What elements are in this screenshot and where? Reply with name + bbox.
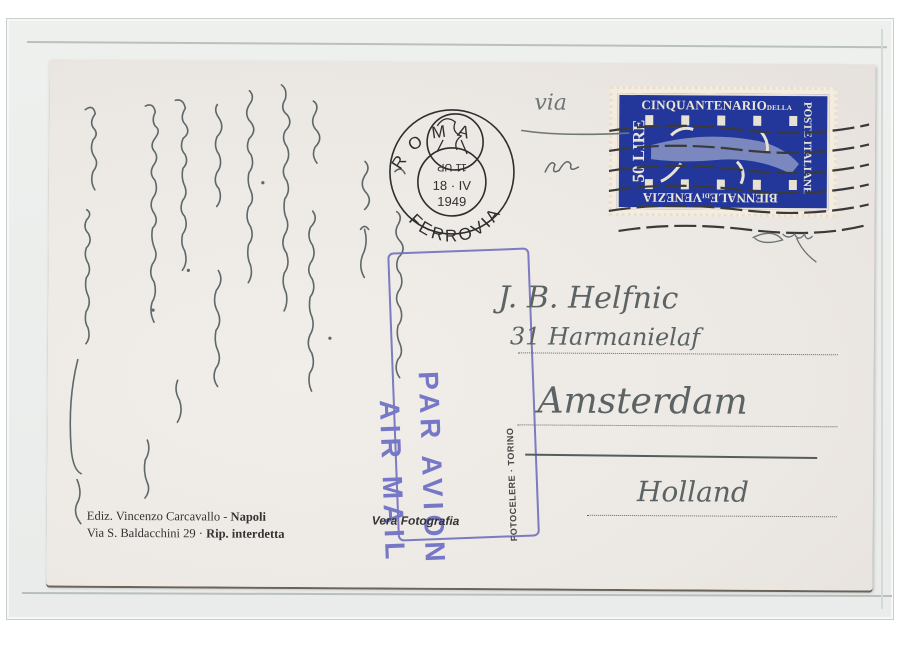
sleeve-right-edge [881, 29, 883, 609]
photo-label: Vera Fotografia [372, 513, 460, 528]
publisher-line-1: Ediz. Vincenzo Carcavallo - Napoli [87, 508, 285, 526]
stamp-country: POSTE ITALIANE [801, 98, 814, 198]
stamp-bottom-text: BIENNALEDIVENEZIA [643, 189, 778, 206]
svg-text:18 · IV: 18 · IV [433, 178, 472, 193]
address-dotted-line [518, 352, 838, 355]
stamp-design: CINQUANTENARIODELLA 50 LIRE POSTE ITALIA… [617, 93, 830, 210]
postage-stamp: CINQUANTENARIODELLA 50 LIRE POSTE ITALIA… [609, 86, 838, 217]
publisher-imprint: Ediz. Vincenzo Carcavallo - Napoli Via S… [87, 508, 285, 543]
air-mail-text: AIR MAIL [373, 399, 411, 565]
via-label: via [534, 90, 567, 115]
postcard: CINQUANTENARIODELLA 50 LIRE POSTE ITALIA… [46, 59, 875, 590]
address-solid-line [525, 454, 817, 459]
address-dotted-line [517, 424, 837, 427]
svg-text:11 UP: 11 UP [437, 161, 467, 173]
stamp-illustration [641, 113, 801, 192]
fotocelere-label: FOTOCELERE · TORINO [505, 427, 519, 541]
address-country: Holland [637, 475, 749, 509]
sleeve-top-edge [27, 41, 887, 48]
address-name: J. B. Helfnic [498, 280, 678, 316]
address-dotted-line [587, 515, 837, 518]
address-city: Amsterdam [537, 380, 747, 422]
stamp-top-text: CINQUANTENARIODELLA [641, 97, 792, 114]
handwritten-marks [519, 120, 639, 181]
publisher-line-2: Via S. Baldacchini 29 · Rip. interdetta [87, 525, 285, 543]
handwritten-signature [748, 224, 828, 264]
address-street: 31 Harmanielaf [510, 322, 700, 351]
postmark-roma: ROMA FERROVIA 11 UP 18 · IV 1949 [376, 99, 527, 250]
svg-text:1949: 1949 [437, 194, 466, 209]
